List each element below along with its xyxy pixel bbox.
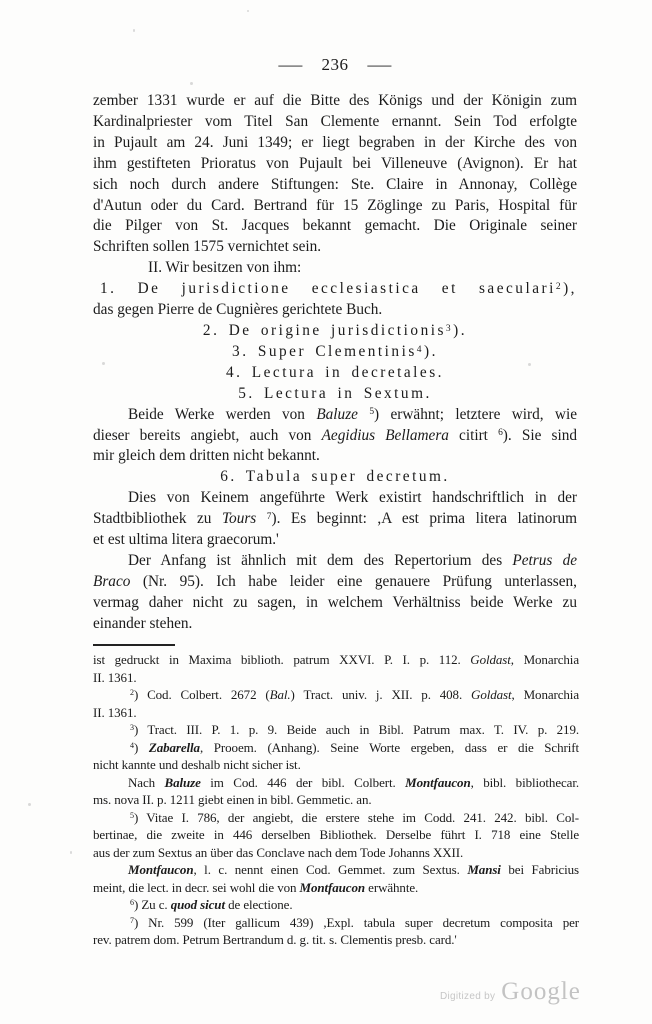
scan-speck <box>28 803 31 806</box>
text-run: rev. patrem dom. Petrum Bertrandum d. g.… <box>93 932 457 947</box>
text-run: Nach <box>128 775 165 790</box>
scan-speck <box>190 82 193 85</box>
text-run: Goldast <box>470 652 510 667</box>
book-page: —236— zember 1331 wurde er auf die Bitte… <box>0 0 652 1024</box>
footnote-marker: 5 <box>369 407 374 417</box>
text-run: d'Autun oder du Card. Bertrand für 15 Zö… <box>93 197 577 214</box>
text-line: vermag daher nicht zu sagen, in welchem … <box>93 593 577 614</box>
text-run: ). Sie sind <box>503 427 577 444</box>
text-line: 5) Vitae I. 786, der angiebt, die erster… <box>93 809 579 827</box>
text-run: 6. Tabula super decretum. <box>220 468 449 485</box>
text-run: , Monarchia <box>511 652 579 667</box>
text-run: Goldast <box>471 687 511 702</box>
text-line: Stadtbibliothek zu Tours 7). Es beginnt:… <box>93 509 577 530</box>
text-run: 3. Super Clementinis <box>232 343 417 360</box>
text-run: 5. Lectura in Sextum. <box>238 385 432 402</box>
text-line: sich noch durch andere Stiftungen: Ste. … <box>93 175 577 196</box>
text-run: ). <box>453 322 467 339</box>
footnote-marker: 2 <box>130 688 134 697</box>
text-run: II. Wir besitzen von ihm: <box>148 259 301 276</box>
text-line: Montfaucon, l. c. nennt einen Cod. Gemme… <box>93 861 579 879</box>
text-run <box>358 406 369 423</box>
text-run: Montfaucon <box>300 880 365 895</box>
scan-speck <box>247 10 249 12</box>
text-line: II. 1361. <box>93 669 579 687</box>
text-line: d'Autun oder du Card. Bertrand für 15 Zö… <box>93 196 577 217</box>
text-run: Tours <box>222 510 256 527</box>
footnote-marker: 4 <box>417 345 424 355</box>
text-run: ) Tract. univ. j. XII. p. 408. <box>291 687 472 702</box>
footnote-marker: 7 <box>130 916 134 925</box>
text-line: Dies von Keinem angeführte Werk existirt… <box>93 488 577 509</box>
text-run: et est ultima litera graecorum.' <box>93 531 279 548</box>
text-run: bei Fabricius <box>501 862 579 877</box>
footnote-marker: 7 <box>267 512 272 522</box>
footnotes-text: ist gedruckt in Maxima biblioth. patrum … <box>93 651 579 949</box>
google-logo: Google <box>501 978 581 1006</box>
text-line: 1. De jurisdictione ecclesiastica et sae… <box>93 279 577 300</box>
text-run: , l. c. nennt einen Cod. Gemmet. zum Sex… <box>193 862 467 877</box>
text-line: ms. nova II. p. 1211 giebt einen in bibl… <box>93 791 579 809</box>
text-run: zember 1331 wurde er auf die Bitte des K… <box>93 92 577 109</box>
text-run: II. 1361. <box>93 705 137 720</box>
page-header: —236— <box>93 55 577 79</box>
text-run: einander stehen. <box>93 615 192 632</box>
text-line: 5. Lectura in Sextum. <box>93 384 577 405</box>
footnote-marker: 2 <box>556 282 563 292</box>
text-run: sich noch durch andere Stiftungen: Ste. … <box>93 176 577 193</box>
footnote-marker: 4 <box>130 741 134 750</box>
text-line: 3) Tract. III. P. 1. p. 9. Beide auch in… <box>93 721 579 739</box>
text-run: Mansi <box>467 862 500 877</box>
text-run: ) Vitae I. 786, der angiebt, die erstere… <box>134 810 579 825</box>
page-number: 236 <box>322 55 349 74</box>
scan-speck <box>133 29 135 32</box>
text-line: Schriften sollen 1575 vernichtet sein. <box>93 237 577 258</box>
text-line: 2) Cod. Colbert. 2672 (Bal.) Tract. univ… <box>93 686 579 704</box>
text-run: Baluze <box>316 406 358 423</box>
text-line: 3. Super Clementinis4). <box>93 342 577 363</box>
text-run: Stadtbibliothek zu <box>93 510 222 527</box>
footnote-marker: 3 <box>130 723 134 732</box>
text-line: nicht kannte und deshalb nicht sicher is… <box>93 756 579 774</box>
text-run: quod sicut <box>171 897 225 912</box>
text-run: ihm gestifteten Prioratus von Pujault be… <box>93 155 577 172</box>
text-run: Montfaucon <box>128 862 193 877</box>
text-run: , bibl. bibliothecar. <box>471 775 579 790</box>
header-dash-right: — <box>367 55 392 75</box>
text-line: mir gleich dem dritten nicht bekannt. <box>93 446 577 467</box>
text-run: im Cod. 446 der bibl. Colbert. <box>201 775 405 790</box>
text-run: Bal. <box>270 687 291 702</box>
text-run: Zabarella <box>149 740 200 755</box>
text-run: (Nr. 95). Ich habe leider eine genauere … <box>130 573 577 590</box>
header-dash-left: — <box>279 55 304 75</box>
text-line: Beide Werke werden von Baluze 5) erwähnt… <box>93 405 577 426</box>
text-run: Aegidius Bellamera <box>322 427 449 444</box>
footnote-marker: 3 <box>446 324 453 334</box>
text-line: 4) Zabarella, Prooem. (Anhang). Seine Wo… <box>93 739 579 757</box>
text-run <box>256 510 267 527</box>
text-run: in Pujault am 24. Juni 1349; er liegt be… <box>93 134 577 151</box>
text-run: Beide Werke werden von <box>128 406 316 423</box>
text-run: Baluze <box>165 775 201 790</box>
text-line: II. 1361. <box>93 704 579 722</box>
scan-speck <box>102 362 105 365</box>
text-line: ist gedruckt in Maxima biblioth. patrum … <box>93 651 579 669</box>
text-line: in Pujault am 24. Juni 1349; er liegt be… <box>93 133 577 154</box>
text-run: ist gedruckt in Maxima biblioth. patrum … <box>93 652 470 667</box>
text-line: 6. Tabula super decretum. <box>93 467 577 488</box>
text-line: die Pilger von St. Jacques bekannt gemac… <box>93 216 577 237</box>
text-line: bertinae, die zweite in 446 derselben Bi… <box>93 826 579 844</box>
text-run: ) Zu c. <box>134 897 171 912</box>
text-line: 7) Nr. 599 (Iter gallicum 439) ,Expl. ta… <box>93 914 579 932</box>
footnote-marker: 6 <box>498 428 503 438</box>
text-run: Kardinalpriester vom Titel San Clemente … <box>93 113 577 130</box>
text-run: Dies von Keinem angeführte Werk existirt… <box>128 489 577 506</box>
text-run: dieser bereits angiebt, auch von <box>93 427 322 444</box>
text-line: zember 1331 wurde er auf die Bitte des K… <box>93 91 577 112</box>
footnote-marker: 6 <box>130 898 134 907</box>
text-run: citirt <box>449 427 498 444</box>
text-run: Braco <box>93 573 130 590</box>
text-line: II. Wir besitzen von ihm: <box>93 258 577 279</box>
text-run: Schriften sollen 1575 vernichtet sein. <box>93 238 321 255</box>
text-run: ms. nova II. p. 1211 giebt einen in bibl… <box>93 792 372 807</box>
text-run: 1. De jurisdictione ecclesiastica et sae… <box>100 280 556 297</box>
text-run: 4. Lectura in decretales. <box>226 364 444 381</box>
text-run: Petrus de <box>512 552 577 569</box>
text-line: rev. patrem dom. Petrum Bertrandum d. g.… <box>93 931 579 949</box>
main-text: zember 1331 wurde er auf die Bitte des K… <box>93 91 577 635</box>
text-run: aus der zum Sextus an über das Conclave … <box>93 845 463 860</box>
footnote-separator <box>93 644 175 646</box>
text-line: Nach Baluze im Cod. 446 der bibl. Colber… <box>93 774 579 792</box>
text-run: ), <box>563 280 577 297</box>
text-line: das gegen Pierre de Cugnières gerichtete… <box>93 300 577 321</box>
text-run: ) Cod. Colbert. 2672 ( <box>134 687 270 702</box>
text-run: , Prooem. (Anhang). Seine Worte ergeben,… <box>200 740 579 755</box>
text-run: ). <box>424 343 438 360</box>
text-run: , Monarchia <box>512 687 579 702</box>
text-run: mir gleich dem dritten nicht bekannt. <box>93 447 320 464</box>
text-run: ). Es beginnt: ,A est prima litera latin… <box>272 510 578 527</box>
text-line: Der Anfang ist ähnlich mit dem des Reper… <box>93 551 577 572</box>
text-run: Montfaucon <box>405 775 470 790</box>
scan-speck <box>528 363 531 366</box>
text-line: Braco (Nr. 95). Ich habe leider eine gen… <box>93 572 577 593</box>
text-line: einander stehen. <box>93 614 577 635</box>
text-line: Kardinalpriester vom Titel San Clemente … <box>93 112 577 133</box>
footnote-marker: 5 <box>130 811 134 820</box>
watermark-prefix: Digitized by <box>440 991 495 1002</box>
text-run: 2. De origine jurisdictionis <box>203 322 446 339</box>
text-run: ) <box>134 740 149 755</box>
text-run: ) Tract. III. P. 1. p. 9. Beide auch in … <box>134 722 579 737</box>
text-line: 2. De origine jurisdictionis3). <box>93 321 577 342</box>
watermark: Digitized by Google <box>440 978 600 1012</box>
text-run: erwähnte. <box>365 880 418 895</box>
text-run: ) Nr. 599 (Iter gallicum 439) ,Expl. tab… <box>134 915 579 930</box>
text-run: vermag daher nicht zu sagen, in welchem … <box>93 594 577 611</box>
text-run: nicht kannte und deshalb nicht sicher is… <box>93 757 301 772</box>
text-run: die Pilger von St. Jacques bekannt gemac… <box>93 217 577 234</box>
text-run: meint, die lect. in decr. sei wohl die v… <box>93 880 300 895</box>
text-run: II. 1361. <box>93 670 137 685</box>
text-line: 4. Lectura in decretales. <box>93 363 577 384</box>
text-line: dieser bereits angiebt, auch von Aegidiu… <box>93 426 577 447</box>
text-run: bertinae, die zweite in 446 derselben Bi… <box>93 827 579 842</box>
text-run: de electione. <box>225 897 293 912</box>
text-line: et est ultima litera graecorum.' <box>93 530 577 551</box>
text-run: ) erwähnt; letztere wird, wie <box>374 406 577 423</box>
text-run: Der Anfang ist ähnlich mit dem des Reper… <box>128 552 512 569</box>
scan-speck <box>70 851 72 854</box>
text-line: 6) Zu c. quod sicut de electione. <box>93 896 579 914</box>
text-line: ihm gestifteten Prioratus von Pujault be… <box>93 154 577 175</box>
text-run: das gegen Pierre de Cugnières gerichtete… <box>93 301 382 318</box>
text-line: meint, die lect. in decr. sei wohl die v… <box>93 879 579 897</box>
text-line: aus der zum Sextus an über das Conclave … <box>93 844 579 862</box>
